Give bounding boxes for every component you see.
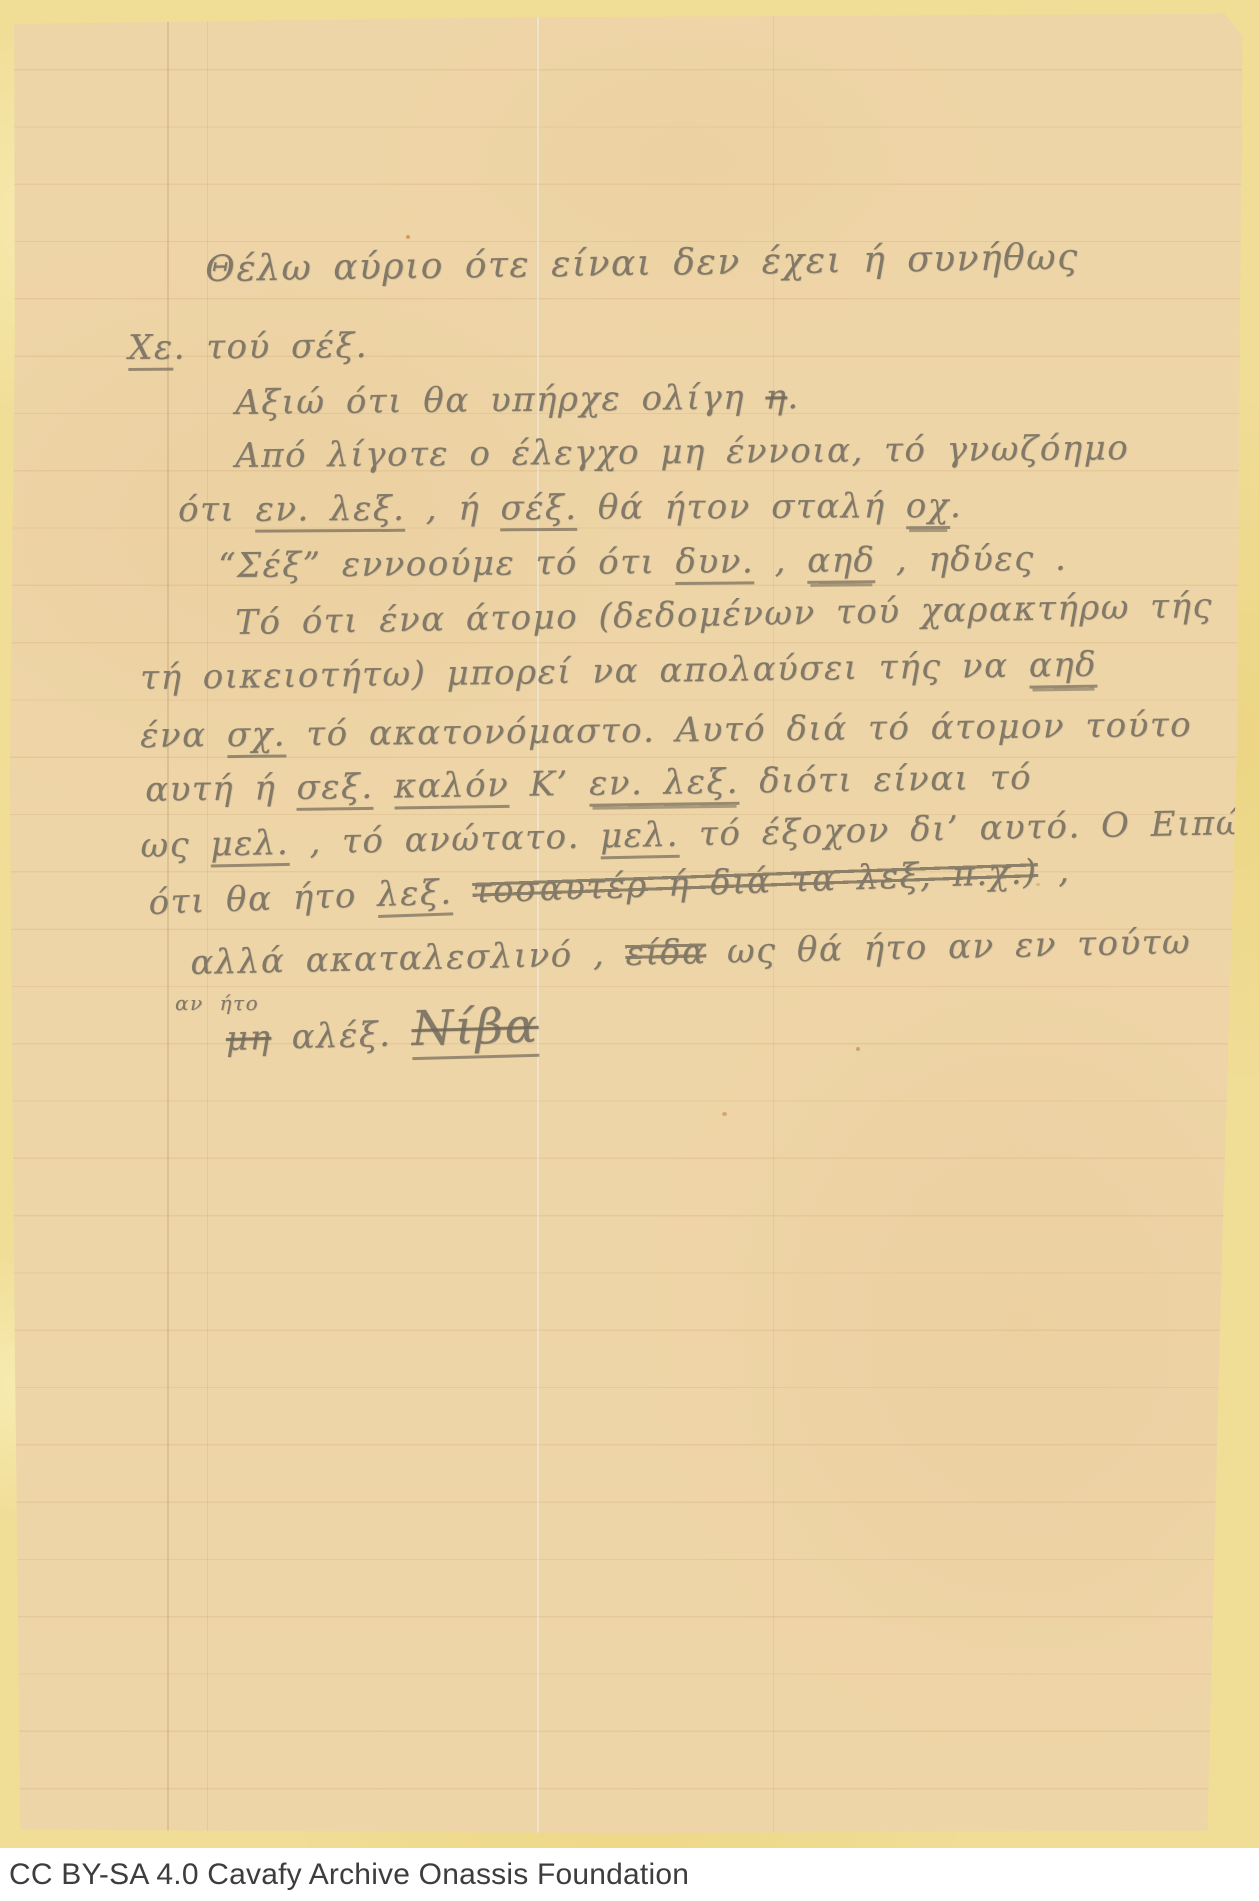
- handwriting-segment: η: [765, 377, 787, 417]
- handwriting-segment: ως θά ήτο αν εν τούτω: [706, 922, 1191, 972]
- handwriting-segment: .: [787, 377, 800, 417]
- handwriting-line: ως μελ. , τό ανώτατο. μελ. τό έξοχον δι’…: [140, 804, 1259, 865]
- handwriting-segment: καλόν: [394, 765, 510, 810]
- handwriting-segment: ως: [140, 825, 211, 866]
- handwriting-segment: ότι θα ήτο: [148, 875, 378, 923]
- handwriting-segment: θά ήτον σταλή: [577, 486, 906, 528]
- handwriting-segment: είδα: [625, 932, 707, 974]
- license-caption: CC BY-SA 4.0 Cavafy Archive Onassis Foun…: [9, 1858, 689, 1892]
- handwriting-segment: σχ.: [227, 714, 287, 758]
- handwriting-line: αλλά ακαταλεσλινό , είδα ως θά ήτο αν εν…: [190, 924, 1192, 982]
- handwriting-segment: αηδ: [1029, 645, 1098, 689]
- handwriting-line: Χε. τού σέξ.: [128, 328, 368, 367]
- handwriting-line: αυτή ή σεξ. καλόν Κ’ εν. λεξ. διότι είνα…: [145, 760, 1032, 810]
- handwriting-segment: Κ’: [509, 764, 589, 805]
- handwriting-segment: εν. λεξ.: [589, 762, 739, 807]
- handwriting-line: Θέλω αύριο ότε είναι δεν έχει ή συνήθως: [205, 238, 1079, 290]
- handwriting-segment: μελ.: [600, 815, 680, 860]
- handwriting-line: τή οικειοτήτω) μπορεί να απολαύσει τής ν…: [140, 647, 1097, 698]
- handwriting-segment: αλέξ.: [271, 1014, 412, 1058]
- handwriting-line: Τό ότι ένα άτομο (δεδομένων τού χαρακτήρ…: [235, 588, 1213, 642]
- handwriting-segment: τό έξοχον δι’ αυτό. Ο Ειπών: [678, 802, 1259, 854]
- handwriting-segment: δυν.: [675, 541, 754, 585]
- handwriting-segment: αλλά ακαταλεσλινό ,: [190, 934, 626, 983]
- handwriting-segment: τή οικειοτήτω) μπορεί να απολαύσει τής ν…: [140, 646, 1029, 698]
- handwriting-segment: τοσαυτέρ ή διά τα λεξ, π.χ.): [472, 852, 1038, 912]
- handwriting-line: ότι εν. λεξ. , ή σέξ. θά ήτον σταλή οχ.: [178, 488, 962, 529]
- handwriting-segment: [452, 872, 474, 913]
- handwriting-segment: σέξ.: [500, 488, 577, 531]
- handwriting-segment: Θέλω αύριο ότε είναι δεν έχει ή συνήθως: [205, 237, 1079, 290]
- handwriting-segment: , ή: [405, 488, 500, 528]
- handwriting-segment: τό ακατονόμαστο. Αυτό διά τό άτομον τούτ…: [286, 705, 1193, 754]
- handwriting-line: ένα σχ. τό ακατονόμαστο. Αυτό διά τό άτο…: [140, 707, 1192, 755]
- handwriting-segment: μελ.: [210, 823, 290, 868]
- handwriting-segment: ,: [754, 541, 807, 581]
- scanned-document-view: Θέλω αύριο ότε είναι δεν έχει ή συνήθωςΧ…: [0, 0, 1259, 1901]
- handwriting-line: “Σέξ” εννοούμε τό ότι δυν. , αηδ , ηδύες…: [218, 541, 1067, 586]
- handwriting-segment: Τό ότι ένα άτομο (δεδομένων τού χαρακτήρ…: [235, 586, 1213, 643]
- handwriting-segment: .: [950, 486, 963, 526]
- handwriting-segment: λεξ.: [376, 872, 453, 918]
- handwriting-segment: , ηδύες .: [875, 539, 1067, 581]
- handwriting-segment: Χε: [128, 328, 174, 371]
- handwriting-segment: Νίβα: [411, 998, 539, 1060]
- handwriting-segment: εν. λεξ.: [255, 489, 405, 533]
- handwriting-segment: ,: [1037, 851, 1071, 892]
- handwriting-segment: Αξιώ ότι θα υπήρχε ολίγη: [235, 377, 766, 423]
- handwriting-segment: Από λίγοτε ο έλεγχο μη έννοια, τό γνωζόη…: [235, 428, 1129, 476]
- handwriting-segment: [373, 767, 394, 807]
- manuscript-page: Θέλω αύριο ότε είναι δεν έχει ή συνήθωςΧ…: [8, 13, 1242, 1835]
- handwriting-segment: ότι: [178, 490, 256, 530]
- handwriting-segment: σεξ.: [296, 767, 374, 811]
- handwriting-layer: Θέλω αύριο ότε είναι δεν έχει ή συνήθωςΧ…: [8, 13, 1242, 1835]
- handwriting-segment: ένα: [140, 715, 227, 756]
- handwriting-line: Από λίγοτε ο έλεγχο μη έννοια, τό γνωζόη…: [235, 430, 1129, 475]
- handwriting-segment: . τού σέξ.: [173, 326, 368, 368]
- handwriting-segment: “Σέξ” εννοούμε τό ότι: [218, 542, 676, 586]
- handwriting-segment: αυτή ή: [145, 768, 297, 810]
- handwriting-segment: , τό ανώτατο.: [289, 816, 601, 863]
- handwriting-segment: μη: [225, 1018, 272, 1059]
- handwriting-segment: διότι είναι τό: [739, 758, 1033, 802]
- handwriting-segment: οχ: [906, 486, 950, 529]
- handwriting-line: Αξιώ ότι θα υπήρχε ολίγη η.: [235, 379, 800, 422]
- license-caption-bar: CC BY-SA 4.0 Cavafy Archive Onassis Foun…: [0, 1848, 1259, 1901]
- handwriting-line: μη αλέξ. Νίβα: [225, 1000, 539, 1061]
- handwriting-segment: αηδ: [807, 540, 876, 584]
